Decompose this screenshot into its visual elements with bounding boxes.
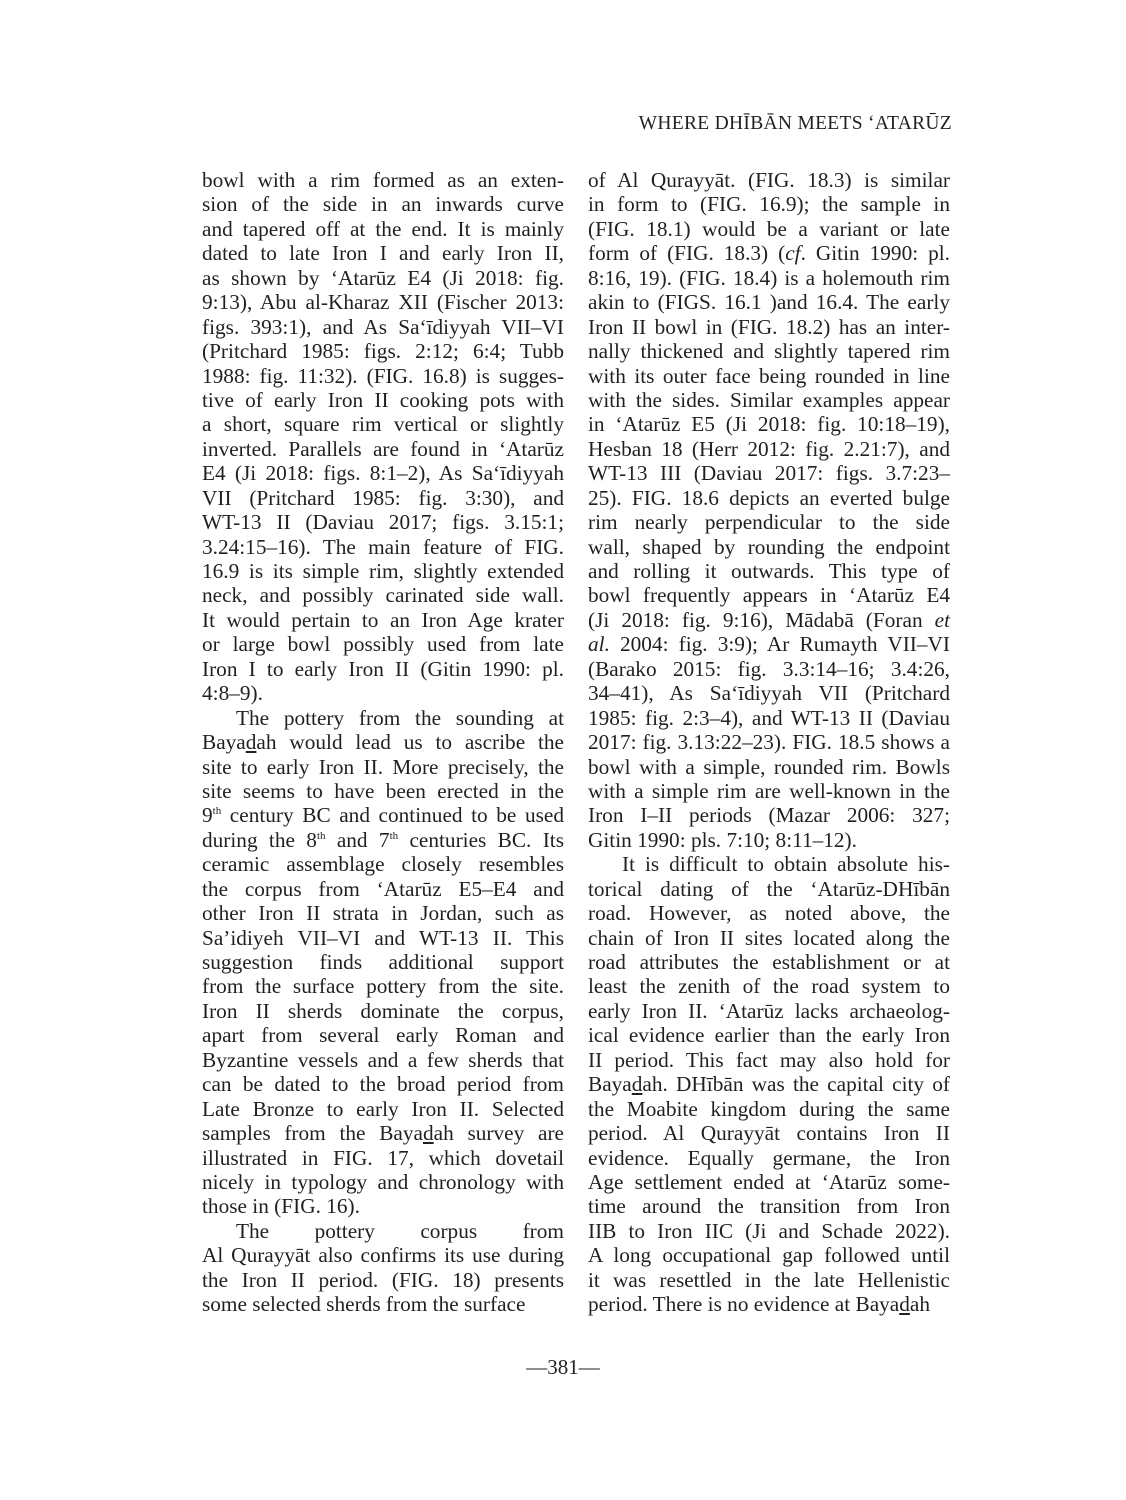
text-line: IIB to Iron IIC (Ji and Schade 2022). — [588, 1219, 950, 1243]
text-line: from the surface pottery from the site. — [202, 974, 564, 998]
text-line: (Pritchard 1985: figs. 2:12; 6:4; Tubb — [202, 339, 564, 363]
text-line: VII (Pritchard 1985: fig. 3:30), and — [202, 486, 564, 510]
text-line: the Moabite kingdom during the same — [588, 1097, 950, 1121]
text-line: road attributes the establishment or at — [588, 950, 950, 974]
text-line: The pottery corpus from — [202, 1219, 564, 1243]
text-line: Bayadah. DHībān was the capital city of — [588, 1072, 950, 1096]
text-line: neck, and possibly carinated side wall. — [202, 583, 564, 607]
text-line: or large bowl possibly used from late — [202, 632, 564, 656]
text-line: 34–41), As Saʻīdiyyah VII (Pritchard — [588, 681, 950, 705]
text-line: other Iron II strata in Jordan, such as — [202, 901, 564, 925]
text-line: some selected sherds from the surface — [202, 1292, 564, 1316]
text-line: 4:8–9). — [202, 681, 564, 705]
text-line: 1988: fig. 11:32). (FIG. 16.8) is sugges… — [202, 364, 564, 388]
text-line: sion of the side in an inwards curve — [202, 192, 564, 216]
text-line: evidence. Equally germane, the Iron — [588, 1146, 950, 1170]
text-line: road. However, as noted above, the — [588, 901, 950, 925]
text-line: early Iron II. ʻAtarūz lacks archaeolog- — [588, 999, 950, 1023]
text-line: 16.9 is its simple rim, slightly extende… — [202, 559, 564, 583]
text-line: Iron I to early Iron II (Gitin 1990: pl. — [202, 657, 564, 681]
text-line: those in (FIG. 16). — [202, 1194, 564, 1218]
left-column: bowl with a rim formed as an exten-sion … — [202, 168, 564, 1317]
text-line: chain of Iron II sites located along the — [588, 926, 950, 950]
text-line: torical dating of the ʻAtarūz-DHībān — [588, 877, 950, 901]
text-line: suggestion finds additional support — [202, 950, 564, 974]
text-line: A long occupational gap followed until — [588, 1243, 950, 1267]
text-line: a short, square rim vertical or slightly — [202, 412, 564, 436]
text-line: Byzantine vessels and a few sherds that — [202, 1048, 564, 1072]
text-line: Sa’idiyeh VII–VI and WT-13 II. This — [202, 926, 564, 950]
text-line: (FIG. 18.1) would be a variant or late — [588, 217, 950, 241]
text-line: illustrated in FIG. 17, which dovetail — [202, 1146, 564, 1170]
text-line: dated to late Iron I and early Iron II, — [202, 241, 564, 265]
text-line: nally thickened and slightly tapered rim — [588, 339, 950, 363]
text-line: can be dated to the broad period from — [202, 1072, 564, 1096]
text-line: WT-13 III (Daviau 2017: figs. 3.7:23– — [588, 461, 950, 485]
text-line: bowl with a rim formed as an exten- — [202, 168, 564, 192]
text-line: WT-13 II (Daviau 2017; figs. 3.15:1; — [202, 510, 564, 534]
text-line: with the sides. Similar examples appear — [588, 388, 950, 412]
text-line: samples from the Bayadah survey are — [202, 1121, 564, 1145]
right-column: of Al Qurayyāt. (FIG. 18.3) is similarin… — [588, 168, 950, 1317]
text-line: 1985: fig. 2:3–4), and WT-13 II (Daviau — [588, 706, 950, 730]
text-line: it was resettled in the late Hellenistic — [588, 1268, 950, 1292]
text-line: Late Bronze to early Iron II. Selected — [202, 1097, 564, 1121]
text-line: E4 (Ji 2018: figs. 8:1–2), As Saʻīdiyyah — [202, 461, 564, 485]
text-line: 8:16, 19). (FIG. 18.4) is a holemouth ri… — [588, 266, 950, 290]
text-line: rim nearly perpendicular to the side — [588, 510, 950, 534]
text-line: wall, shaped by rounding the endpoint — [588, 535, 950, 559]
text-line: Bayadah would lead us to ascribe the — [202, 730, 564, 754]
text-line: ical evidence earlier than the early Iro… — [588, 1023, 950, 1047]
text-line: Iron II bowl in (FIG. 18.2) has an inter… — [588, 315, 950, 339]
text-line: Iron I–II periods (Mazar 2006: 327; — [588, 803, 950, 827]
text-line: ceramic assemblage closely resembles — [202, 852, 564, 876]
text-line: and rolling it outwards. This type of — [588, 559, 950, 583]
text-line: bowl frequently appears in ʻAtarūz E4 — [588, 583, 950, 607]
text-line: 9th century BC and continued to be used — [202, 803, 564, 827]
text-line: period. Al Qurayyāt contains Iron II — [588, 1121, 950, 1145]
text-line: time around the transition from Iron — [588, 1194, 950, 1218]
text-line: inverted. Parallels are found in ʻAtarūz — [202, 437, 564, 461]
text-line: during the 8th and 7th centuries BC. Its — [202, 828, 564, 852]
text-line: with a simple rim are well-known in the — [588, 779, 950, 803]
text-line: Iron II sherds dominate the corpus, — [202, 999, 564, 1023]
page-number: —381— — [0, 1355, 1126, 1380]
text-line: and tapered off at the end. It is mainly — [202, 217, 564, 241]
text-line: in ʻAtarūz E5 (Ji 2018: fig. 10:18–19), — [588, 412, 950, 436]
text-line: 25). FIG. 18.6 depicts an everted bulge — [588, 486, 950, 510]
text-line: apart from several early Roman and — [202, 1023, 564, 1047]
text-line: the Iron II period. (FIG. 18) presents — [202, 1268, 564, 1292]
running-head: WHERE DHĪBĀN MEETS ʻATARŪZ — [639, 113, 952, 135]
text-line: (Ji 2018: fig. 9:16), Mādabā (Foran et — [588, 608, 950, 632]
text-line: It is difficult to obtain absolute his- — [588, 852, 950, 876]
text-line: nicely in typology and chronology with — [202, 1170, 564, 1194]
text-line: tive of early Iron II cooking pots with — [202, 388, 564, 412]
text-line: the corpus from ʻAtarūz E5–E4 and — [202, 877, 564, 901]
text-line: Hesban 18 (Herr 2012: fig. 2.21:7), and — [588, 437, 950, 461]
text-line: least the zenith of the road system to — [588, 974, 950, 998]
text-line: It would pertain to an Iron Age krater — [202, 608, 564, 632]
text-line: 2017: fig. 3.13:22–23). FIG. 18.5 shows … — [588, 730, 950, 754]
text-line: as shown by ʻAtarūz E4 (Ji 2018: fig. — [202, 266, 564, 290]
text-line: al. 2004: fig. 3:9); Ar Rumayth VII–VI — [588, 632, 950, 656]
text-line: II period. This fact may also hold for — [588, 1048, 950, 1072]
text-line: form of (FIG. 18.3) (cf. Gitin 1990: pl. — [588, 241, 950, 265]
text-line: of Al Qurayyāt. (FIG. 18.3) is similar — [588, 168, 950, 192]
text-line: Gitin 1990: pls. 7:10; 8:11–12). — [588, 828, 950, 852]
text-line: site to early Iron II. More precisely, t… — [202, 755, 564, 779]
text-line: Age settlement ended at ʻAtarūz some- — [588, 1170, 950, 1194]
text-line: bowl with a simple, rounded rim. Bowls — [588, 755, 950, 779]
text-line: figs. 393:1), and As Saʻīdiyyah VII–VI — [202, 315, 564, 339]
text-line: in form to (FIG. 16.9); the sample in — [588, 192, 950, 216]
text-line: The pottery from the sounding at — [202, 706, 564, 730]
text-line: 9:13), Abu al-Kharaz XII (Fischer 2013: — [202, 290, 564, 314]
text-line: Al Qurayyāt also confirms its use during — [202, 1243, 564, 1267]
text-line: with its outer face being rounded in lin… — [588, 364, 950, 388]
text-line: (Barako 2015: fig. 3.3:14–16; 3.4:26, — [588, 657, 950, 681]
text-line: akin to (FIGS. 16.1 )and 16.4. The early — [588, 290, 950, 314]
text-line: site seems to have been erected in the — [202, 779, 564, 803]
text-line: period. There is no evidence at Bayadah — [588, 1292, 950, 1316]
text-line: 3.24:15–16). The main feature of FIG. — [202, 535, 564, 559]
